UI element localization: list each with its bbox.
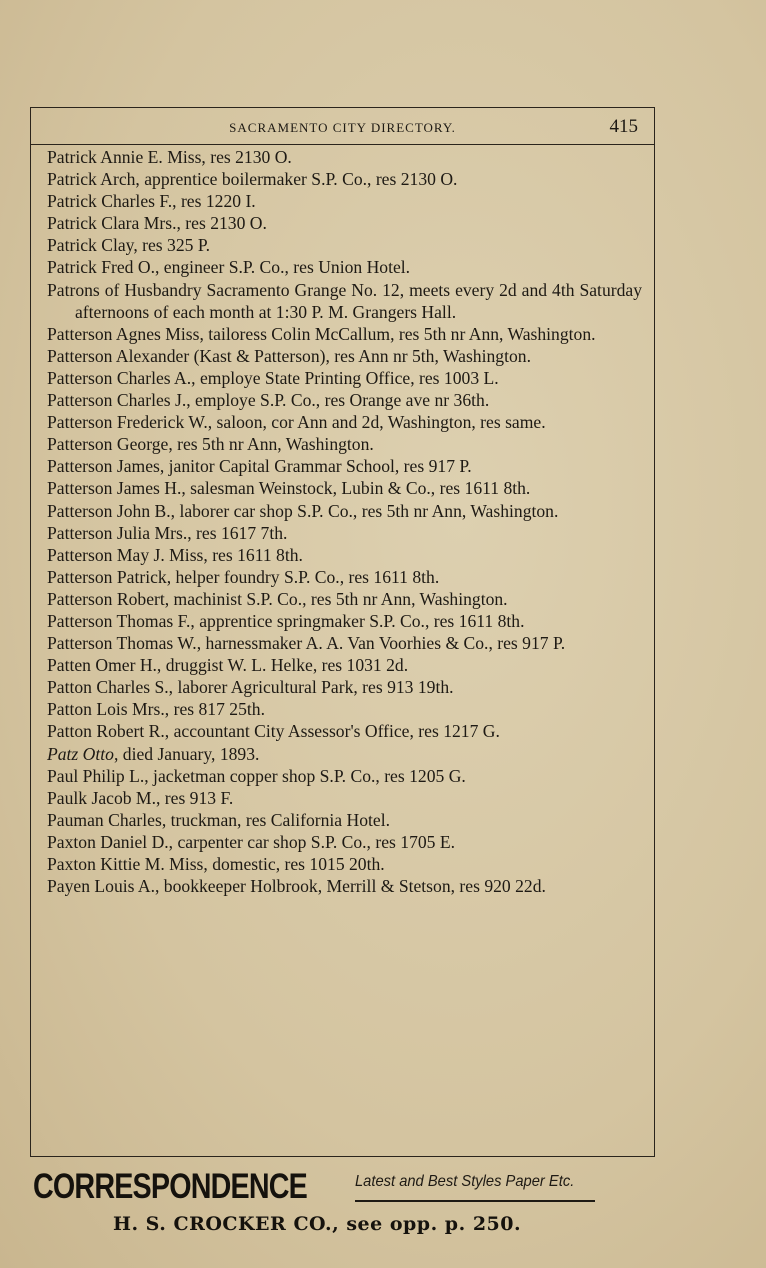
ad-tagline: Latest and Best Styles Paper Etc. [355,1173,574,1191]
directory-entry: Patrick Charles F., res 1220 I. [47,190,642,212]
directory-entry: Paxton Daniel D., carpenter car shop S.P… [47,831,642,853]
directory-entry: Patterson George, res 5th nr Ann, Washin… [47,433,642,455]
directory-entry: Paxton Kittie M. Miss, domestic, res 101… [47,853,642,875]
page-title: SACRAMENTO CITY DIRECTORY. [31,120,654,136]
directory-entry: Patterson James H., salesman Weinstock, … [47,477,642,499]
page-frame: SACRAMENTO CITY DIRECTORY. 415 Patrick A… [30,107,655,1157]
entry-name-italic: Patz Otto [47,744,114,764]
directory-entry: Patterson Robert, machinist S.P. Co., re… [47,588,642,610]
directory-entry: Patterson Charles A., employe State Prin… [47,367,642,389]
advertisement-footer: CORRESPONDENCE Latest and Best Styles Pa… [33,1165,658,1265]
directory-entry: Patton Charles S., laborer Agricultural … [47,676,642,698]
directory-entry: Patton Lois Mrs., res 817 25th. [47,698,642,720]
directory-entry: Patrick Clara Mrs., res 2130 O. [47,212,642,234]
directory-entry-deceased: Patz Otto, died January, 1893. [47,743,642,765]
ad-headline: CORRESPONDENCE [33,1167,307,1207]
directory-entry: Patrick Fred O., engineer S.P. Co., res … [47,256,642,278]
directory-entry: Patrick Clay, res 325 P. [47,234,642,256]
directory-entry: Patterson Agnes Miss, tailoress Colin Mc… [47,323,642,345]
directory-entry: Paul Philip L., jacketman copper shop S.… [47,765,642,787]
directory-entries: Patrick Annie E. Miss, res 2130 O. Patri… [47,146,642,897]
directory-entry: Paulk Jacob M., res 913 F. [47,787,642,809]
directory-entry: Payen Louis A., bookkeeper Holbrook, Mer… [47,875,642,897]
directory-entry: Patterson Frederick W., saloon, cor Ann … [47,411,642,433]
page-number: 415 [610,116,639,138]
directory-entry: Patterson Charles J., employe S.P. Co., … [47,389,642,411]
directory-entry: Patten Omer H., druggist W. L. Helke, re… [47,654,642,676]
directory-entry: Patterson Julia Mrs., res 1617 7th. [47,522,642,544]
directory-entry: Patterson Alexander (Kast & Patterson), … [47,345,642,367]
directory-entry: Patterson John B., laborer car shop S.P.… [47,500,642,522]
directory-entry: Patterson Patrick, helper foundry S.P. C… [47,566,642,588]
directory-entry: Pauman Charles, truckman, res California… [47,809,642,831]
directory-entry: Patterson Thomas W., harnessmaker A. A. … [47,632,642,654]
entry-text: , died January, 1893. [114,744,259,764]
directory-entry: Patrick Arch, apprentice boilermaker S.P… [47,168,642,190]
running-header: SACRAMENTO CITY DIRECTORY. 415 [31,108,654,145]
directory-entry: Patterson Thomas F., apprentice springma… [47,610,642,632]
directory-entry: Patterson James, janitor Capital Grammar… [47,455,642,477]
tagline-underline [355,1200,595,1202]
ad-advertiser: H. S. CROCKER CO., see opp. p. 250. [113,1213,521,1235]
directory-entry: Patterson May J. Miss, res 1611 8th. [47,544,642,566]
directory-entry: Patrons of Husbandry Sacramento Grange N… [47,279,642,323]
directory-entry: Patton Robert R., accountant City Assess… [47,720,642,742]
directory-entry: Patrick Annie E. Miss, res 2130 O. [47,146,642,168]
